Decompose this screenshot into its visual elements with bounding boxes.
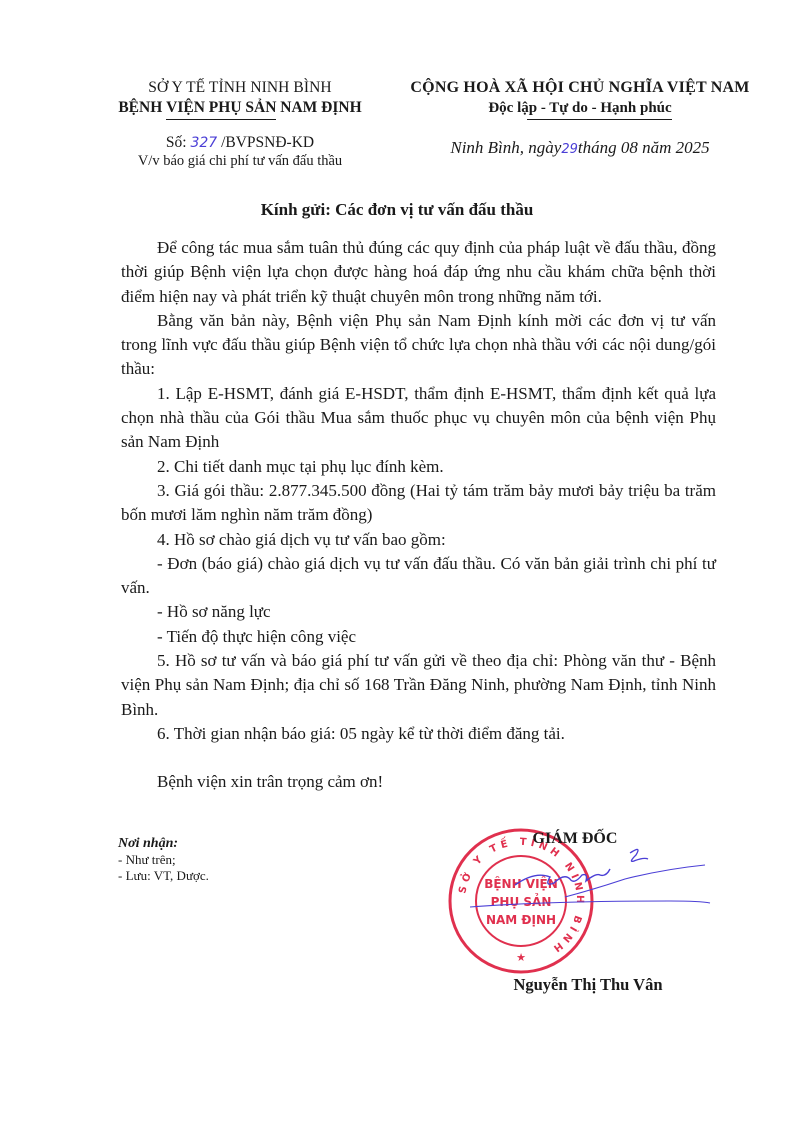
organization-name: BỆNH VIỆN PHỤ SẢN NAM ĐỊNH	[70, 98, 410, 118]
handwritten-signature-icon	[470, 835, 715, 915]
addressee-value: : Các đơn vị tư vấn đấu thầu	[325, 200, 533, 219]
handwritten-doc-number: 327	[190, 135, 217, 151]
recipient-item: - Lưu: VT, Dược.	[118, 868, 378, 884]
issuing-authority-block: SỞ Y TẾ TỈNH NINH BÌNH BỆNH VIỆN PHỤ SẢN…	[70, 78, 410, 170]
closing-thanks: Bệnh viện xin trân trọng cảm ơn!	[121, 770, 716, 794]
dossier-quote: - Đơn (báo giá) chào giá dịch vụ tư vấn …	[121, 552, 716, 601]
national-motto: Độc lập - Tự do - Hạnh phúc	[380, 98, 780, 118]
addressee-label: Kính gửi	[261, 200, 326, 219]
nation-title: CỘNG HOÀ XÃ HỘI CHỦ NGHĨA VIỆT NAM	[380, 78, 780, 98]
item-deadline: 6. Thời gian nhận báo giá: 05 ngày kể từ…	[121, 722, 716, 746]
document-number: Số: 327 /BVPSNĐ-KD	[70, 134, 410, 152]
recipients-list: Nơi nhận: - Như trên; - Lưu: VT, Dược.	[118, 836, 378, 884]
addressee-line: Kính gửi: Các đơn vị tư vấn đấu thầu	[0, 199, 794, 221]
item-appendix: 2. Chi tiết danh mục tại phụ lục đính kè…	[121, 455, 716, 479]
paragraph-invitation: Bằng văn bản này, Bệnh viện Phụ sản Nam …	[121, 309, 716, 382]
national-header-block: CỘNG HOÀ XÃ HỘI CHỦ NGHĨA VIỆT NAM Độc l…	[380, 78, 780, 160]
item-dossier: 4. Hồ sơ chào giá dịch vụ tư vấn bao gồm…	[121, 528, 716, 552]
item-address: 5. Hồ sơ tư vấn và báo giá phí tư vấn gử…	[121, 649, 716, 722]
paragraph-purpose: Để công tác mua sắm tuân thủ đúng các qu…	[121, 236, 716, 309]
dossier-capability: - Hồ sơ năng lực	[121, 600, 716, 624]
signer-name: Nguyễn Thị Thu Vân	[448, 975, 728, 995]
stamp-line-3: NAM ĐỊNH	[486, 913, 556, 927]
document-subject: V/v báo giá chi phí tư vấn đấu thầu	[70, 152, 410, 170]
ministry-name: SỞ Y TẾ TỈNH NINH BÌNH	[70, 78, 410, 98]
item-scope: 1. Lập E-HSMT, đánh giá E-HSDT, thẩm địn…	[121, 382, 716, 455]
stamp-star-icon: ★	[516, 952, 526, 964]
recipient-item: - Như trên;	[118, 852, 378, 868]
letter-body: Để công tác mua sắm tuân thủ đúng các qu…	[121, 236, 716, 795]
recipients-label: Nơi nhận:	[118, 836, 378, 852]
dossier-schedule: - Tiến độ thực hiện công việc	[121, 625, 716, 649]
handwritten-day: 29	[561, 142, 578, 157]
place-and-date: Ninh Bình, ngày29tháng 08 năm 2025	[380, 138, 780, 160]
item-package-price: 3. Giá gói thầu: 2.877.345.500 đồng (Hai…	[121, 479, 716, 528]
